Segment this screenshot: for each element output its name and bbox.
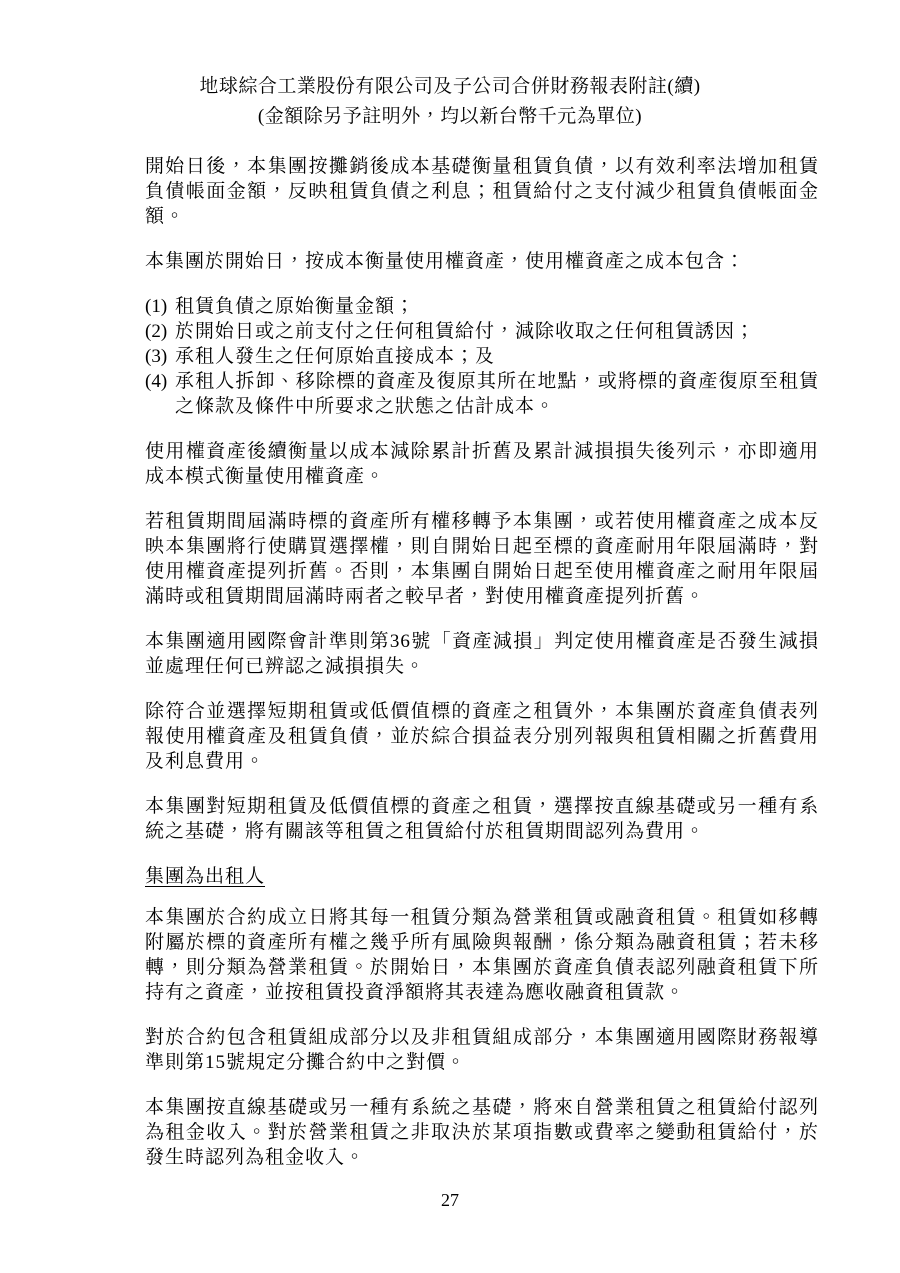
paragraph-lease-classification: 本集團於合約成立日將其每一租賃分類為營業租賃或融資租賃。租賃如移轉附屬於標的資產…: [145, 905, 819, 1005]
list-item: (3) 承租人發生之任何原始直接成本；及: [145, 344, 819, 369]
paragraph-impairment-ias36: 本集團適用國際會計準則第36號「資產減損」判定使用權資產是否發生減損並處理任何已…: [145, 629, 819, 679]
section-heading-group-as-lessor: 集團為出租人: [145, 864, 819, 889]
document-subtitle: (金額除另予註明外，均以新台幣千元為單位): [0, 102, 900, 132]
list-item: (4) 承租人拆卸、移除標的資產及復原其所在地點，或將標的資產復原至租賃之條款及…: [145, 369, 819, 419]
paragraph-rental-income: 本集團按直線基礎或另一種有系統之基礎，將來自營業租賃之租賃給付認列為租金收入。對…: [145, 1095, 819, 1170]
document-header: 地球綜合工業股份有限公司及子公司合併財務報表附註(續) (金額除另予註明外，均以…: [0, 0, 900, 132]
list-item-marker: (1): [145, 294, 175, 319]
document-body: 開始日後，本集團按攤銷後成本基礎衡量租賃負債，以有效利率法增加租賃負債帳面金額，…: [145, 154, 819, 1170]
paragraph-lease-liability-measurement: 開始日後，本集團按攤銷後成本基礎衡量租賃負債，以有效利率法增加租賃負債帳面金額，…: [145, 154, 819, 229]
paragraph-balance-sheet-presentation: 除符合並選擇短期租賃或低價值標的資產之租賃外，本集團於資產負債表列報使用權資產及…: [145, 699, 819, 774]
list-item: (1) 租賃負債之原始衡量金額；: [145, 294, 819, 319]
list-item-text: 於開始日或之前支付之任何租賃給付，減除收取之任何租賃誘因；: [175, 319, 819, 344]
list-item-text: 承租人發生之任何原始直接成本；及: [175, 344, 819, 369]
page-number: 27: [441, 1190, 459, 1210]
list-item-text: 租賃負債之原始衡量金額；: [175, 294, 819, 319]
list-item: (2) 於開始日或之前支付之任何租賃給付，減除收取之任何租賃誘因；: [145, 319, 819, 344]
page-footer: 27: [0, 1190, 900, 1211]
rou-asset-cost-list: (1) 租賃負債之原始衡量金額； (2) 於開始日或之前支付之任何租賃給付，減除…: [145, 294, 819, 419]
paragraph-depreciation: 若租賃期間屆滿時標的資產所有權移轉予本集團，或若使用權資產之成本反映本集團將行使…: [145, 509, 819, 609]
paragraph-ifrs15-allocation: 對於合約包含租賃組成部分以及非租賃組成部分，本集團適用國際財務報導準則第15號規…: [145, 1025, 819, 1075]
list-item-marker: (2): [145, 319, 175, 344]
document-page: 地球綜合工業股份有限公司及子公司合併財務報表附註(續) (金額除另予註明外，均以…: [0, 0, 900, 1273]
list-item-marker: (3): [145, 344, 175, 369]
document-title: 地球綜合工業股份有限公司及子公司合併財務報表附註(續): [0, 72, 900, 102]
list-item-marker: (4): [145, 369, 175, 394]
list-item-text: 承租人拆卸、移除標的資產及復原其所在地點，或將標的資產復原至租賃之條款及條件中所…: [175, 369, 819, 419]
paragraph-rou-asset-cost-intro: 本集團於開始日，按成本衡量使用權資產，使用權資產之成本包含：: [145, 249, 819, 274]
paragraph-subsequent-measurement: 使用權資產後續衡量以成本減除累計折舊及累計減損損失後列示，亦即適用成本模式衡量使…: [145, 439, 819, 489]
paragraph-short-term-lease-expense: 本集團對短期租賃及低價值標的資產之租賃，選擇按直線基礎或另一種有系統之基礎，將有…: [145, 794, 819, 844]
